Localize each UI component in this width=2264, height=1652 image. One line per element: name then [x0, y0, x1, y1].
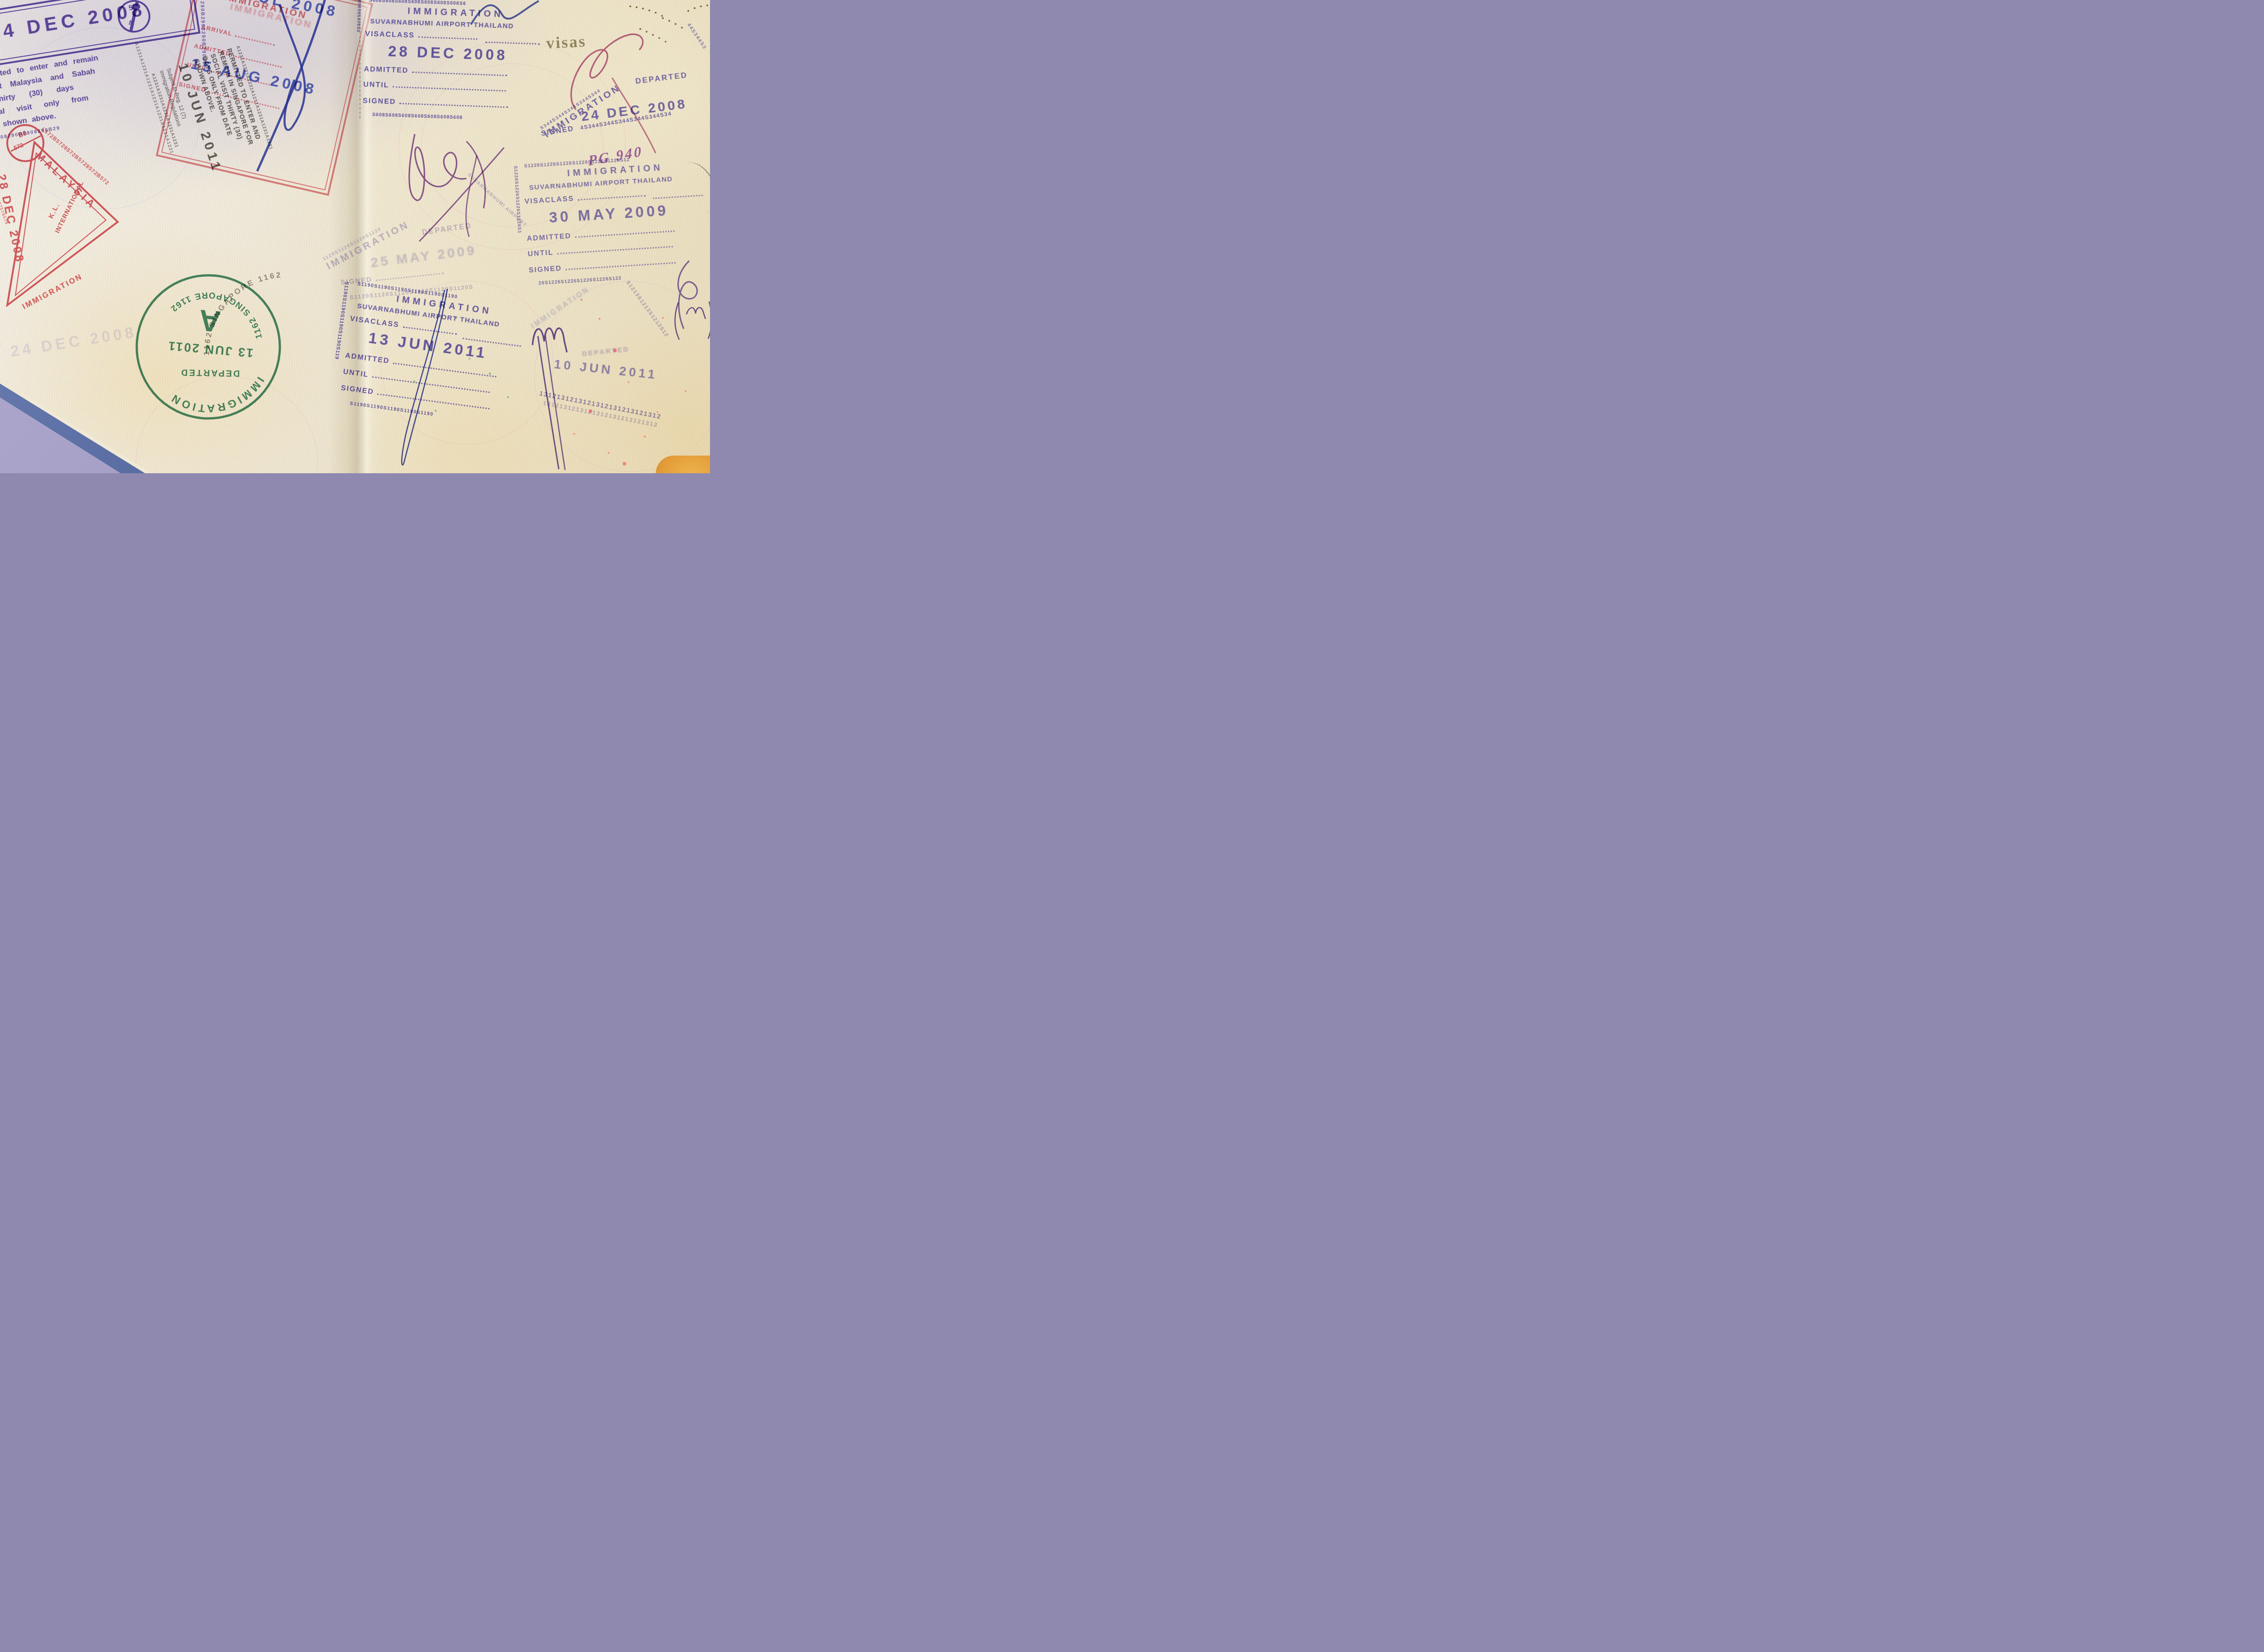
dotted-leader — [566, 261, 676, 270]
perforation-dots-arc2 — [662, 17, 664, 19]
dotted-leader — [578, 194, 646, 201]
signed-label: SIGNED — [341, 384, 374, 396]
dotted-leader — [575, 229, 675, 238]
admitted-row: ADMITTED — [364, 65, 507, 78]
ghost-ring-text: 1162 SINGAPORE 1162 — [184, 268, 300, 358]
signature-blue-loop — [371, 285, 475, 473]
pen-scribble-top — [466, 0, 543, 29]
until-label: UNTIL — [343, 368, 369, 379]
pen-strokes-center — [393, 144, 515, 253]
departed-word: DEPARTED — [581, 346, 630, 358]
until-row: UNTIL — [528, 241, 673, 259]
stamp-date: 28 DEC 2008 — [388, 43, 508, 64]
pen-loops-purple — [524, 317, 583, 473]
green-ink-specks — [428, 349, 430, 351]
passport-photo: …s. 11, Imm. Regs., 63 24 DEC 2008 itted… — [0, 0, 710, 473]
signed-row: SIGNED — [528, 258, 676, 275]
visa-class-row: VISACLASS — [365, 30, 540, 44]
malaysia-triangle-stamp: B6 572 L572B5728572B5728572B572 MALAYSIA… — [0, 123, 130, 318]
dotted-leader — [485, 40, 539, 44]
perforation-dots-arc4 — [639, 28, 641, 30]
dotted-leader — [376, 271, 444, 281]
thai-departure-stamp-2008: S344S344S344S344S344 IMMIGRATION DEPARTE… — [541, 7, 710, 158]
pen-parenthesis-mark — [671, 295, 710, 345]
red-ink-specks — [580, 299, 582, 301]
signed-row: SIGNED — [363, 97, 508, 110]
departed-word: DEPARTED — [635, 71, 688, 86]
dotted-leader — [412, 70, 507, 76]
right-edge-serial: S1213S1213S1213S12 — [625, 280, 669, 338]
badge-number-bottom: 4 — [128, 19, 134, 28]
perforation-dots-arc1 — [629, 5, 631, 7]
emblem-fragment — [656, 456, 710, 473]
stamp-date: 30 MAY 2009 — [548, 202, 669, 226]
right-edge-serial: 44S344S3 — [686, 22, 708, 51]
stamp-serial-bottom: S608S608S608S608S608S608S608 — [372, 112, 463, 120]
signed-label: SIGNED — [363, 97, 396, 106]
stamp-date-box: 24 DEC 2008 — [0, 0, 201, 68]
until-row: UNTIL — [363, 81, 506, 94]
stamp-subtitle: SUVARNABHUMI AIRPORT THAILAND — [529, 175, 673, 192]
dotted-leader — [399, 101, 508, 108]
perforation-dots-arc3 — [687, 10, 689, 12]
dotted-leader — [557, 245, 673, 255]
admitted-row: ADMITTED — [527, 226, 675, 243]
stamp-serial-top: S608S608S608S608S608S608S608S6 — [369, 0, 466, 6]
svg-text:1162 SINGAPORE 1162: 1162 SINGAPORE 1162 — [184, 268, 300, 358]
visa-class-label: VISACLASS — [365, 30, 415, 39]
dotted-leader — [418, 35, 477, 40]
until-label: UNTIL — [363, 81, 389, 89]
admitted-label: ADMITTED — [364, 65, 408, 74]
badge-number-top: 58 — [128, 3, 138, 13]
dotted-leader — [393, 85, 506, 91]
